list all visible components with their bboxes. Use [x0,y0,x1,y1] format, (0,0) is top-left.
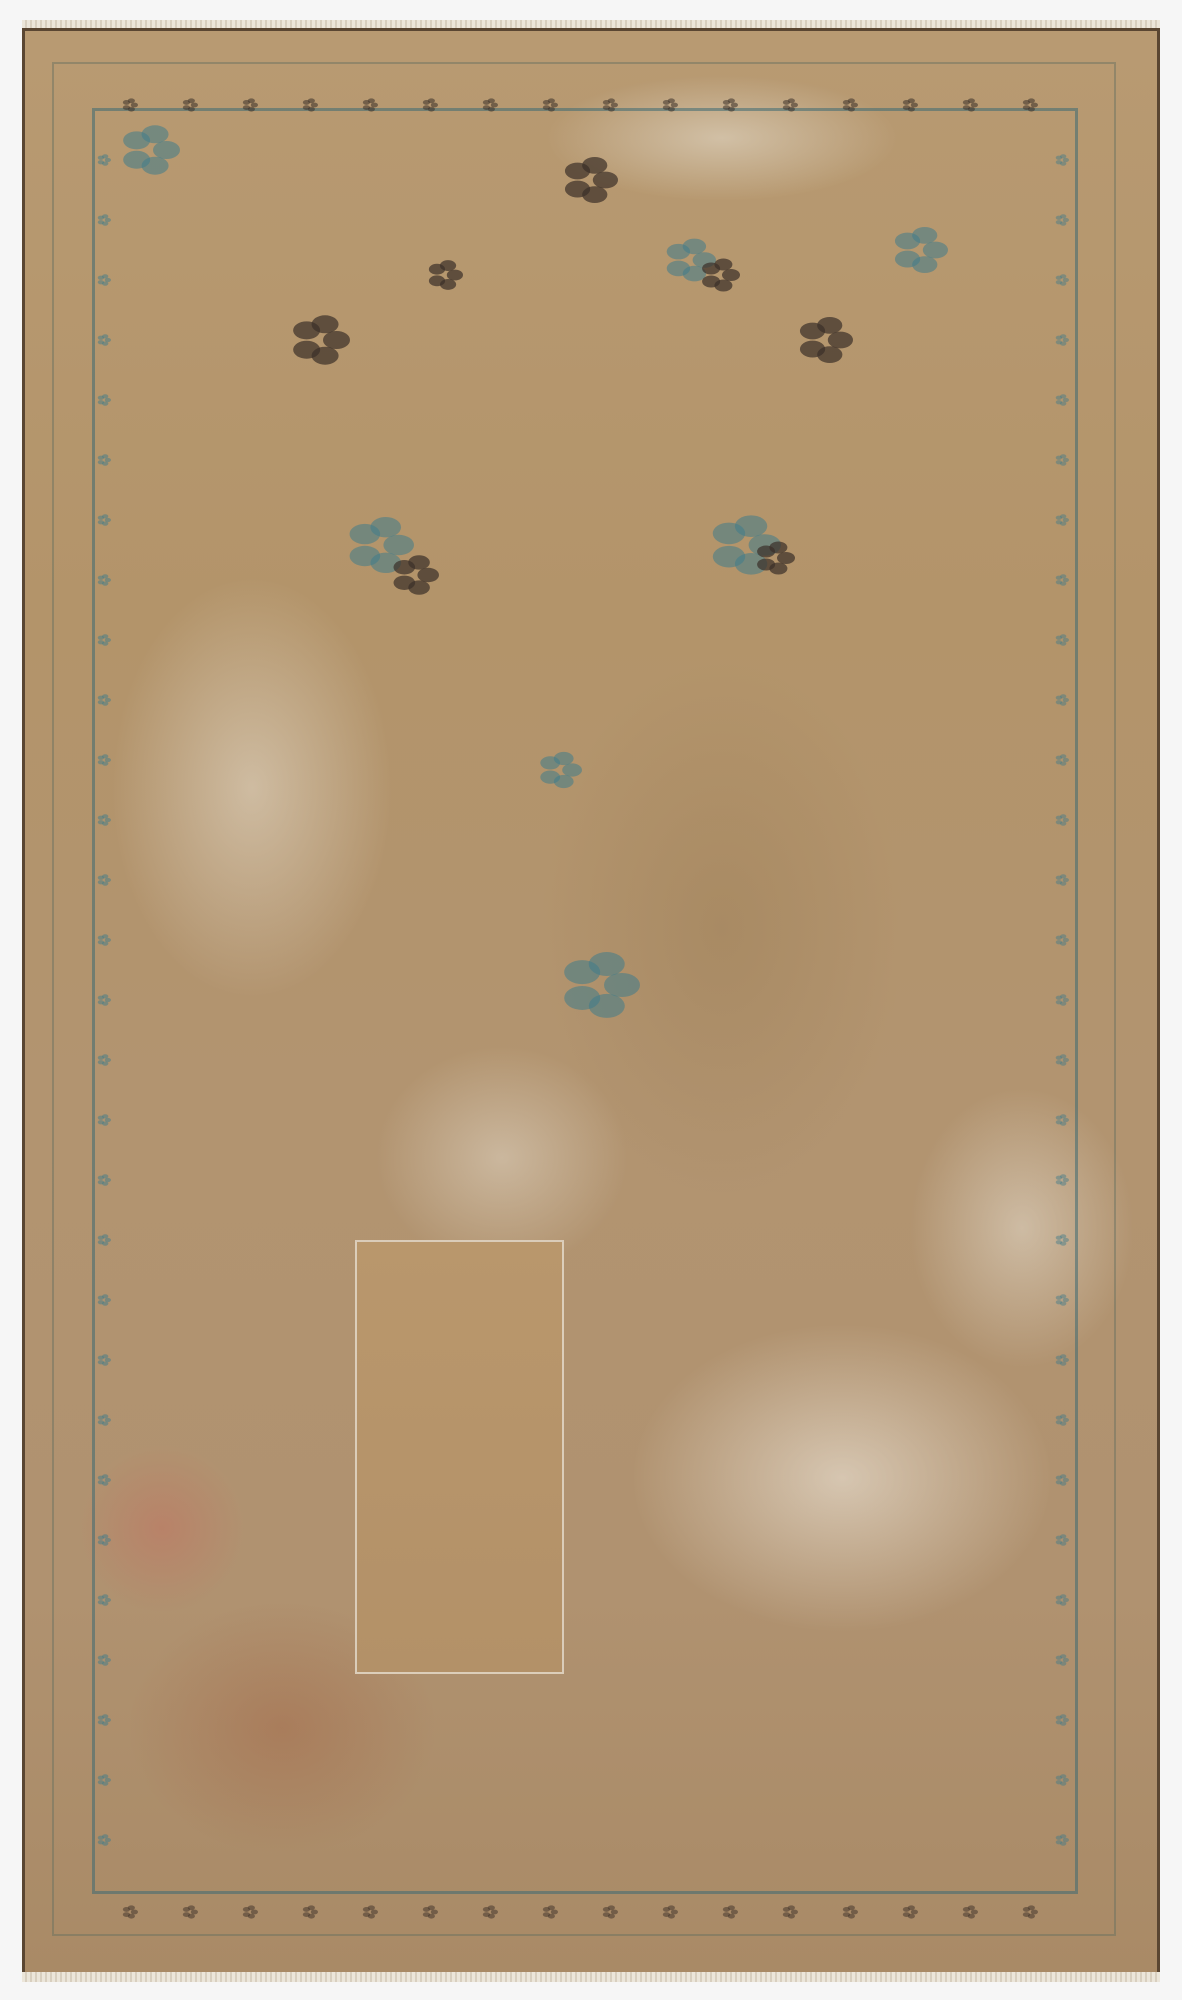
motif [98,1714,111,1726]
motif [98,874,111,886]
motif [98,514,111,526]
motif [903,98,918,111]
motif [702,259,740,292]
motif [1056,1774,1069,1786]
motif [98,1234,111,1246]
motif [843,1905,858,1918]
motif [843,98,858,111]
motif [98,1654,111,1666]
motif [1056,1654,1069,1666]
motif [603,1905,618,1918]
motif [123,1905,138,1918]
motif [98,214,111,226]
motif [1056,1354,1069,1366]
motif [98,334,111,346]
motif [1056,1534,1069,1546]
motif [1056,634,1069,646]
motif [723,98,738,111]
motif [783,1905,798,1918]
motif [243,1905,258,1918]
motif [98,1294,111,1306]
motif [98,394,111,406]
motif [1056,994,1069,1006]
motif [98,1114,111,1126]
motif [1056,934,1069,946]
motif [483,98,498,111]
motif [1056,1414,1069,1426]
motif [98,1474,111,1486]
rug-motifs [0,0,1182,2000]
motif [98,994,111,1006]
motif [1056,754,1069,766]
motif [1056,574,1069,586]
motif [663,98,678,111]
motif [1056,154,1069,166]
motif [1056,514,1069,526]
motif [423,98,438,111]
motif [1056,1714,1069,1726]
motif [564,952,640,1018]
motif [565,157,618,203]
motif [98,814,111,826]
motif [1056,1594,1069,1606]
motif [1056,454,1069,466]
motif [98,1354,111,1366]
motif [98,274,111,286]
motif [243,98,258,111]
motif [293,315,350,364]
motif [98,1834,111,1846]
motif [363,98,378,111]
motif [1056,814,1069,826]
motif [98,634,111,646]
motif [98,1774,111,1786]
motif [543,1905,558,1918]
motif [98,1414,111,1426]
motif [123,98,138,111]
motif [1056,1114,1069,1126]
motif [183,1905,198,1918]
motif [98,1054,111,1066]
motif [963,98,978,111]
motif [98,934,111,946]
motif [1056,274,1069,286]
motif [394,555,439,595]
motif [123,125,180,174]
motif [1056,1054,1069,1066]
motif [783,98,798,111]
motif [800,317,853,363]
motif [429,260,463,290]
motif [1056,1294,1069,1306]
motif [303,1905,318,1918]
motif [98,1594,111,1606]
motif [98,754,111,766]
motif [98,1534,111,1546]
motif [98,154,111,166]
motif [1056,1834,1069,1846]
motif [183,98,198,111]
motif [667,239,716,282]
motif [98,454,111,466]
motif [963,1905,978,1918]
motif [303,98,318,111]
motif [1056,874,1069,886]
motif [1056,334,1069,346]
motif [1056,394,1069,406]
motif [98,694,111,706]
motif [603,98,618,111]
motif [1056,694,1069,706]
motif [363,1905,378,1918]
motif [663,1905,678,1918]
motif [1056,1174,1069,1186]
motif [98,1174,111,1186]
motif [540,752,582,788]
motif [1023,98,1038,111]
motif [1023,1905,1038,1918]
motif [543,98,558,111]
motif [903,1905,918,1918]
motif [1056,1474,1069,1486]
motif [1056,214,1069,226]
motif [723,1905,738,1918]
motif [423,1905,438,1918]
motif [483,1905,498,1918]
motif [1056,1234,1069,1246]
motif [98,574,111,586]
motif [895,227,948,273]
